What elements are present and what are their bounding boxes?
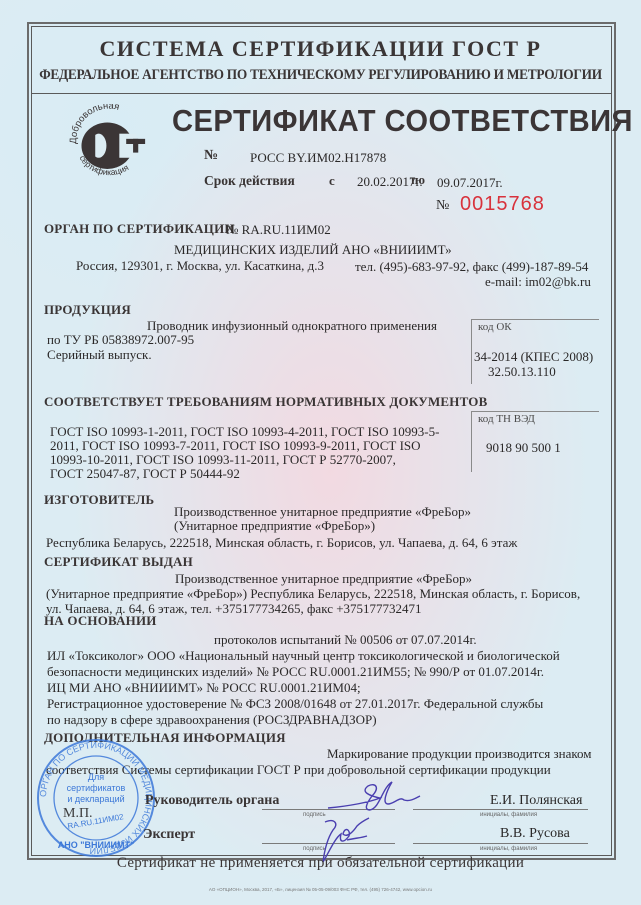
expert-label: Эксперт	[143, 827, 195, 843]
basis-line-1: протоколов испытаний № 00506 от 07.07.20…	[214, 632, 477, 648]
issued-to-name: Производственное унитарное предприятие «…	[175, 571, 472, 587]
agency-name: ФЕДЕРАЛЬНОЕ АГЕНТСТВО ПО ТЕХНИЧЕСКОМУ РЕ…	[26, 67, 616, 84]
basis-line-3: безопасности медицинских изделий» № РОСС…	[47, 664, 544, 680]
manufacturer-address: Республика Беларусь, 222518, Минская обл…	[46, 535, 517, 551]
head-of-body-label: Руководитель органа	[145, 793, 279, 809]
system-title: СИСТЕМА СЕРТИФИКАЦИИ ГОСТ Р	[0, 36, 641, 62]
certification-body-stamp: ОРГАН ПО СЕРТИФИКАЦИИ МЕДИЦИНСКИХ ИЗДЕЛИ…	[34, 736, 158, 860]
issued-to-heading: СЕРТИФИКАТ ВЫДАН	[44, 554, 193, 570]
head-name-line	[413, 809, 588, 810]
manufacturer-heading: ИЗГОТОВИТЕЛЬ	[44, 492, 154, 508]
stamp-inner-line-2: сертификатов	[67, 783, 126, 793]
basis-line-5: Регистрационное удостоверение № ФСЗ 2008…	[47, 696, 543, 712]
expert-name-caption: инициалы, фамилия	[480, 846, 537, 852]
tnved-code-label: код ТН ВЭД	[478, 413, 535, 425]
expert-name-line	[413, 843, 588, 844]
basis-line-4: ИЦ МИ АНО «ВНИИИМТ» № РОСС RU.0001.21ИМ0…	[47, 680, 361, 696]
product-heading: ПРОДУКЦИЯ	[44, 302, 131, 318]
requirements-line-4: ГОСТ 25047-87, ГОСТ Р 50444-92	[50, 466, 240, 482]
tnved-code: 9018 90 500 1	[486, 440, 561, 456]
product-release: Серийный выпуск.	[47, 347, 152, 363]
certification-body-heading: ОРГАН ПО СЕРТИФИКАЦИИ	[44, 221, 235, 237]
blank-number-sign: №	[436, 198, 449, 214]
certificate-number: РОСС BY.ИМ02.Н17878	[250, 150, 386, 166]
header-divider	[31, 93, 612, 94]
additional-info-line-1: Маркирование продукции производится знак…	[327, 746, 592, 762]
certification-body-number: № RA.RU.11ИМ02	[226, 222, 331, 238]
ok-code-line1: 34-2014 (КПЕС 2008)	[474, 349, 593, 365]
ok-code-line2: 32.50.13.110	[488, 364, 556, 380]
footer-note: Сертификат не применяется при обязательн…	[0, 855, 641, 872]
basis-line-2: ИЛ «Токсиколог» ООО «Национальный научны…	[47, 648, 560, 664]
valid-from-label: с	[329, 173, 335, 189]
certification-body-address: Россия, 129301, г. Москва, ул. Касаткина…	[76, 258, 324, 274]
valid-to-date: 09.07.2017г.	[437, 175, 503, 191]
issued-to-line-2: (Унитарное предприятие «ФреБор») Республ…	[46, 586, 580, 602]
stamp-bottom-text: АНО "ВНИИИМТ"	[58, 840, 134, 850]
certification-body-name: МЕДИЦИНСКИХ ИЗДЕЛИЙ АНО «ВНИИИМТ»	[174, 242, 452, 258]
requirements-heading: СООТВЕТСТВУЕТ ТРЕБОВАНИЯМ НОРМАТИВНЫХ ДО…	[44, 394, 487, 410]
ok-code-label: код ОК	[478, 321, 512, 333]
blank-number: 0015768	[460, 193, 545, 216]
product-spec: по ТУ РБ 05838972.007-95	[47, 332, 194, 348]
stamp-inner-line-1: Для	[88, 772, 104, 782]
certification-body-email: e-mail: im02@bk.ru	[485, 274, 591, 290]
head-of-body-name: Е.И. Полянская	[490, 793, 582, 809]
certification-body-phones: тел. (495)-683-97-92, факс (499)-187-89-…	[355, 259, 588, 275]
basis-line-6: по надзору в сфере здравоохранения (РОСЗ…	[47, 712, 377, 728]
printer-imprint: АО «ОПЦИОН», Москва, 2017, «Б», лицензия…	[0, 887, 641, 892]
stamp-inner-line-3: и деклараций	[67, 794, 124, 804]
certificate-title: СЕРТИФИКАТ СООТВЕТСТВИЯ	[172, 103, 633, 139]
number-sign: №	[204, 148, 218, 164]
head-name-caption: инициалы, фамилия	[480, 812, 537, 818]
basis-heading: НА ОСНОВАНИИ	[44, 613, 157, 629]
expert-name: В.В. Русова	[500, 826, 570, 842]
valid-to-label: по	[411, 172, 425, 188]
stamp-place-mark: М.П.	[63, 806, 93, 822]
manufacturer-short-name: (Унитарное предприятие «ФреБор»)	[174, 518, 375, 534]
validity-label: Срок действия	[204, 173, 295, 189]
rst-voluntary-certification-logo-icon: Добровольная сертификация	[66, 104, 152, 184]
